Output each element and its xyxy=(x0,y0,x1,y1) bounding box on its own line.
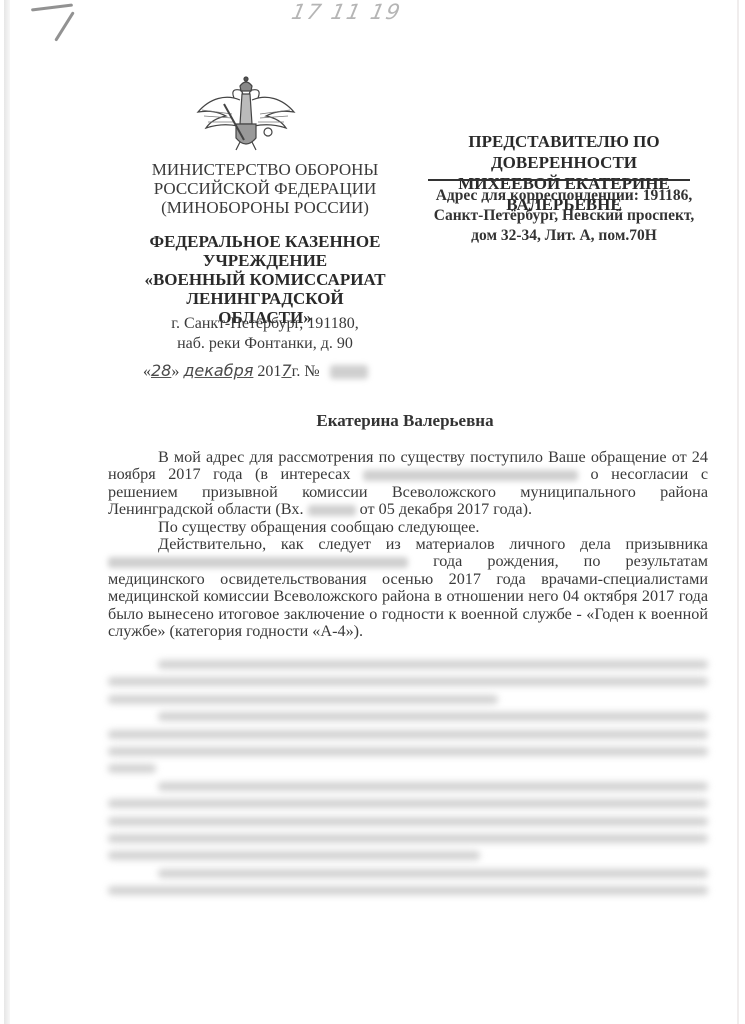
ministry-line: РОССИЙСКОЙ ФЕДЕРАЦИИ xyxy=(140,179,390,198)
redacted-paragraphs xyxy=(108,660,708,903)
scan-edge-right xyxy=(737,0,739,1024)
redacted-conscript-name xyxy=(108,557,408,568)
double-headed-eagle-icon xyxy=(196,76,296,154)
ministry-name: МИНИСТЕРСТВО ОБОРОНЫ РОССИЙСКОЙ ФЕДЕРАЦИ… xyxy=(140,160,390,217)
handwritten-day: 28 xyxy=(151,361,171,380)
letter-date-number: «28» декабря 2017г. № xyxy=(143,361,368,381)
address-line: дом 32-34, Лит. А, пом.70Н xyxy=(405,226,723,246)
paragraph-1: В мой адрес для рассмотрения по существу… xyxy=(108,449,708,519)
text-fragment: от 05 декабря 2017 года). xyxy=(360,500,532,518)
redacted-incoming-number xyxy=(308,505,356,516)
paragraph-2: По существу обращения сообщаю следующее. xyxy=(108,519,708,536)
address-line: Санкт-Петёрбург, Невский проспект, xyxy=(405,206,723,226)
pen-stroke-mark xyxy=(54,11,75,41)
institution-line: «ВОЕННЫЙ КОМИССАРИАТ xyxy=(140,270,390,289)
salutation: Екатерина Валерьевна xyxy=(0,411,745,431)
text-fragment: Действительно, как следует из материалов… xyxy=(158,535,708,553)
number-label: г. № xyxy=(292,363,320,380)
address-line: г. Санкт-Петербург, 191180, xyxy=(140,314,390,334)
redacted-name xyxy=(363,470,578,481)
year-prefix: 201 xyxy=(257,363,281,380)
pencil-registration-number: 17 11 19 xyxy=(289,0,404,24)
address-line: наб. реки Фонтанки, д. 90 xyxy=(140,334,390,354)
divider-line xyxy=(428,179,690,181)
ministry-line: (МИНОБОРОНЫ РОССИИ) xyxy=(140,198,390,217)
quote-mark: » xyxy=(171,363,179,380)
redacted-number xyxy=(330,365,368,379)
quote-mark: « xyxy=(143,363,151,380)
paragraph-3: Действительно, как следует из материалов… xyxy=(108,536,708,640)
sender-address: г. Санкт-Петербург, 191180, наб. реки Фо… xyxy=(140,314,390,354)
scan-edge-shadow xyxy=(4,0,10,1024)
letter-body: В мой адрес для рассмотрения по существу… xyxy=(108,449,708,640)
redacted-paragraph xyxy=(108,660,708,704)
handwritten-month: декабря xyxy=(183,361,253,380)
handwritten-year-digit: 7 xyxy=(281,361,291,380)
institution-line: УЧРЕЖДЕНИЕ xyxy=(140,251,390,270)
address-line: Адрес для корреспонденции: 191186, xyxy=(405,186,723,206)
recipient-line: ПРЕДСТАВИТЕЛЮ ПО ДОВЕРЕННОСТИ xyxy=(405,131,723,173)
correspondence-address: Адрес для корреспонденции: 191186, Санкт… xyxy=(405,186,723,246)
redacted-paragraph xyxy=(108,869,708,895)
ministry-line: МИНИСТЕРСТВО ОБОРОНЫ xyxy=(140,160,390,179)
redacted-paragraph xyxy=(108,782,708,861)
pen-stroke-mark xyxy=(31,3,73,11)
scanned-letter-page: 17 11 19 МИНИСТЕРСТВО ОБОРОНЫ РОССИЙСКОЙ… xyxy=(0,0,745,1024)
redacted-paragraph xyxy=(108,712,708,773)
institution-name: ФЕДЕРАЛЬНОЕ КАЗЕННОЕ УЧРЕЖДЕНИЕ «ВОЕННЫЙ… xyxy=(140,232,390,327)
institution-line: ФЕДЕРАЛЬНОЕ КАЗЕННОЕ xyxy=(140,232,390,251)
